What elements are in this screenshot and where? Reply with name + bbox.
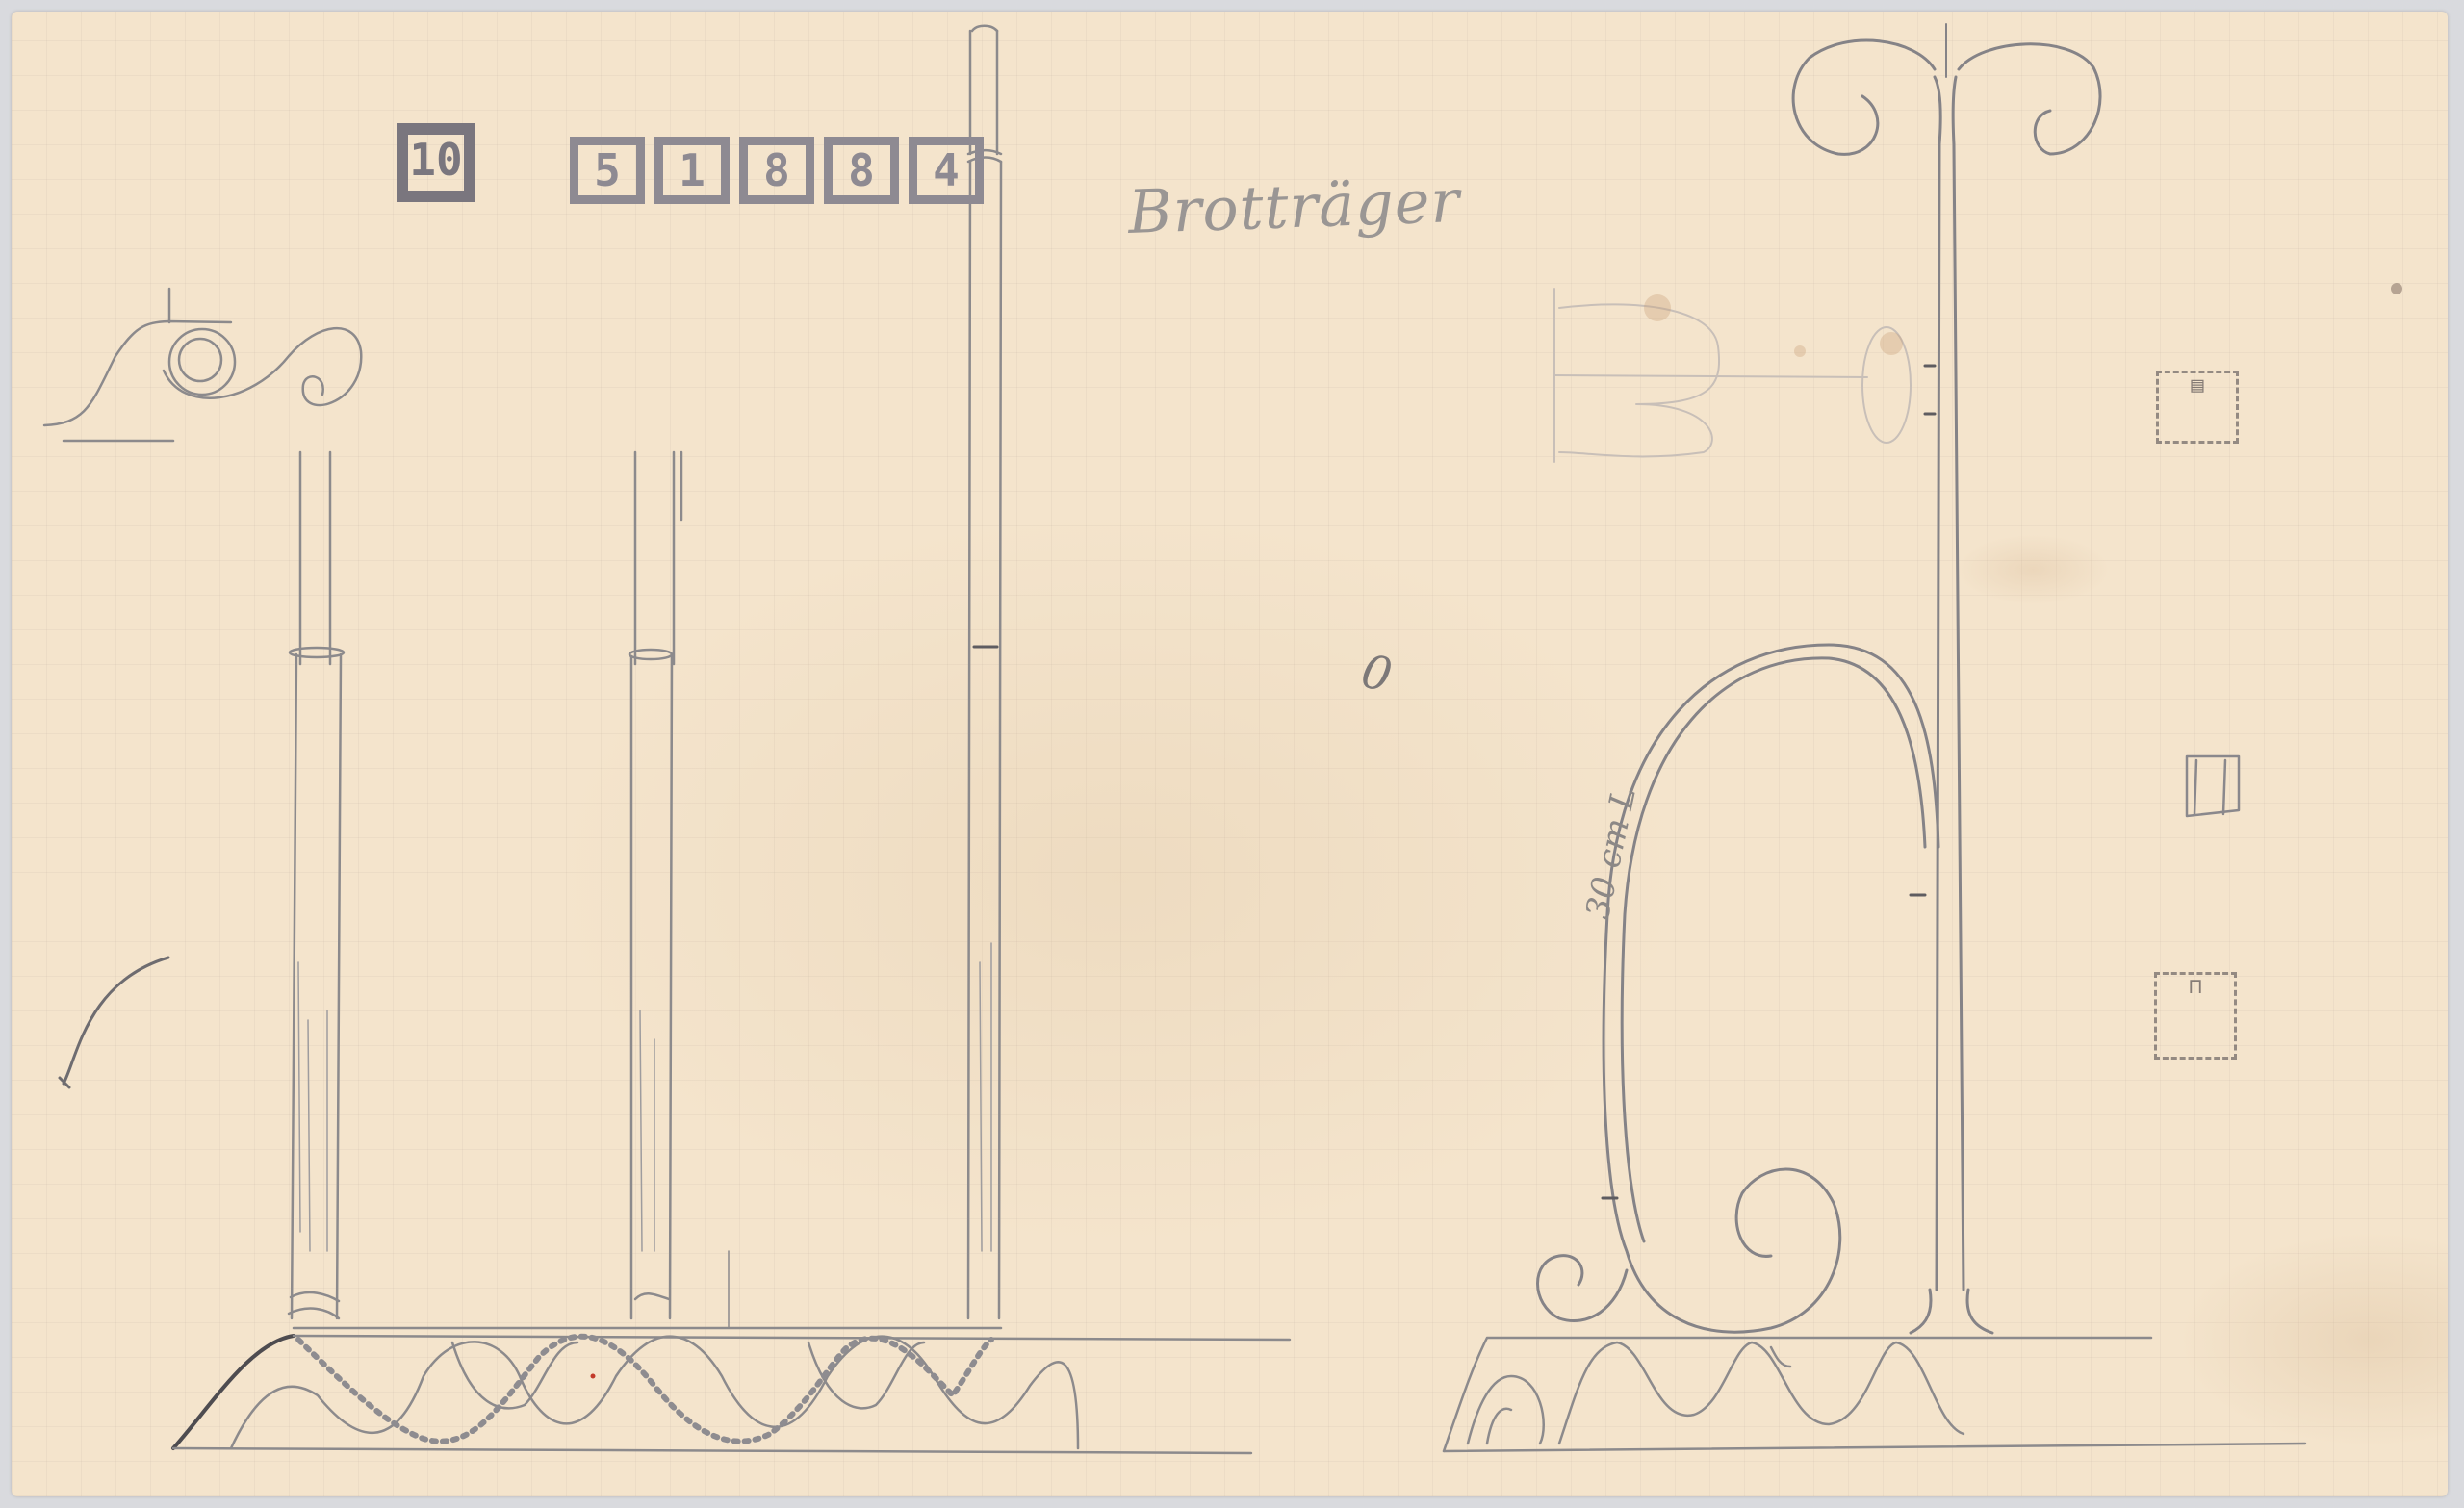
scroll-stand [1538, 24, 2101, 1333]
stamp-digit: 4 [909, 137, 984, 204]
stamp-digit: 1 [654, 137, 730, 204]
left-scroll-detail [44, 289, 361, 441]
faint-sketch-box [1554, 289, 1911, 462]
right-box-mark [2187, 756, 2239, 816]
faint-stamp-lower: ⊓ [2154, 972, 2237, 1060]
wave-chain-base [173, 1328, 1290, 1453]
stamp-group-a: 10 [397, 123, 475, 202]
left-small-curve [60, 958, 168, 1087]
faint-stamp-upper: ▤ [2156, 371, 2239, 444]
stamp-digit: 10 [397, 123, 475, 202]
stain-spots [1644, 283, 2402, 357]
stamp-digit: 8 [824, 137, 899, 204]
red-dot [591, 1374, 596, 1379]
stamp-group-b: 5 1 8 8 4 [570, 137, 984, 204]
handwritten-title: Brotträger [1127, 166, 1461, 247]
stamp-digit: 8 [739, 137, 814, 204]
column-1 [289, 452, 344, 1318]
stamp-digit: 5 [570, 137, 645, 204]
wave-base-right [1444, 1338, 2305, 1451]
column-3 [968, 26, 1001, 1318]
column-2 [629, 452, 729, 1328]
